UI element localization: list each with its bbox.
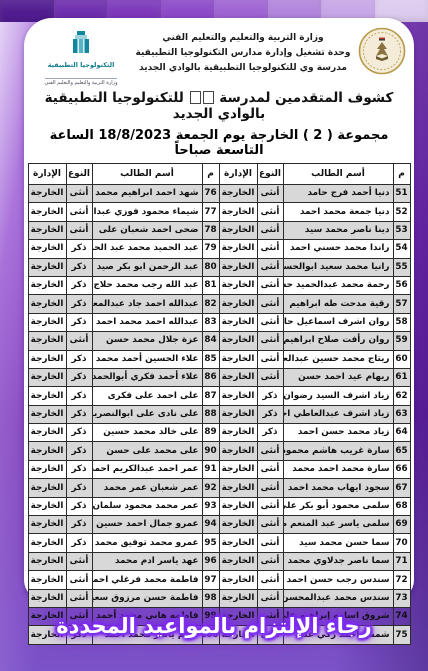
gender-cell: ذكر — [66, 424, 92, 442]
student-no-cell: 59 — [393, 332, 410, 350]
student-no-cell: 78 — [202, 221, 219, 239]
school-name-placeholder-box — [203, 91, 214, 104]
student-no-cell: 72 — [393, 571, 410, 589]
student-name-cell: عمرو جمال احمد حسين — [92, 516, 202, 534]
gender-cell: أنثى — [66, 203, 92, 221]
student-no-cell: 79 — [202, 240, 219, 258]
gender-cell: أنثى — [257, 552, 283, 570]
student-name-cell: عمرو محمد توفيق محمد — [92, 534, 202, 552]
col-header-admin: الإدارة — [28, 164, 66, 185]
student-no-cell: 73 — [393, 589, 410, 607]
admin-cell: الخارجة — [28, 295, 66, 313]
gender-cell: أنثى — [66, 221, 92, 239]
admin-cell: الخارجة — [28, 387, 66, 405]
admin-cell: الخارجة — [219, 405, 257, 423]
student-name-cell: سندس محمد عبدالمحسن عبد — [283, 589, 393, 607]
student-name-cell: فاطمة حسن مرزوق سعيد — [92, 589, 202, 607]
col-header-name: أسم الطالب — [283, 164, 393, 185]
admin-cell: الخارجة — [28, 185, 66, 203]
admin-cell: الخارجة — [28, 571, 66, 589]
student-name-cell: سلمى محمود أبو بكر على — [283, 497, 393, 515]
student-name-cell: سندس رجب حسن احمد — [283, 571, 393, 589]
student-name-cell: عمر محمد محمود سلمان — [92, 497, 202, 515]
students-table: م أسم الطالب النوع الإدارة م أسم الطالب … — [28, 163, 411, 645]
admin-cell: الخارجة — [219, 479, 257, 497]
table-row: 63زياد اشرف عبدالعاطي احمدذكرالخارجة88عل… — [28, 405, 410, 423]
student-no-cell: 52 — [393, 203, 410, 221]
col-header-gender: النوع — [257, 164, 283, 185]
student-no-cell: 70 — [393, 534, 410, 552]
admin-cell: الخارجة — [219, 460, 257, 478]
admin-cell: الخارجة — [28, 368, 66, 386]
admin-cell: الخارجة — [28, 221, 66, 239]
student-name-cell: عمر احمد عبدالكريم احمد — [92, 460, 202, 478]
ministry-line: وزارة التربية والتعليم والتعليم الفني — [128, 33, 358, 43]
table-row: 57رقية مدحت طه ابراهيمأنثىالخارجة82عبدال… — [28, 295, 410, 313]
student-no-cell: 69 — [393, 516, 410, 534]
table-row: 60ريتاج محمد حسين عبدالعزيزأنثىالخارجة85… — [28, 350, 410, 368]
student-name-cell: علاء أحمد فكري أبوالحمد — [92, 368, 202, 386]
admin-cell: الخارجة — [219, 534, 257, 552]
gender-cell: ذكر — [66, 497, 92, 515]
student-name-cell: عبد الحميد محمد عبد الحميد غنيم — [92, 240, 202, 258]
student-no-cell: 67 — [393, 479, 410, 497]
student-no-cell: 60 — [393, 350, 410, 368]
student-name-cell: على احمد على فكرى — [92, 387, 202, 405]
admin-cell: الخارجة — [219, 185, 257, 203]
student-no-cell: 85 — [202, 350, 219, 368]
gender-cell: أنثى — [257, 240, 283, 258]
header-row: م أسم الطالب النوع الإدارة م أسم الطالب … — [28, 164, 410, 185]
gender-cell: أنثى — [66, 589, 92, 607]
admin-cell: الخارجة — [219, 313, 257, 331]
gender-cell: أنثى — [257, 534, 283, 552]
gender-cell: ذكر — [66, 479, 92, 497]
col-header-name: أسم الطالب — [92, 164, 202, 185]
gender-cell: أنثى — [257, 203, 283, 221]
admin-cell: الخارجة — [219, 203, 257, 221]
student-name-cell: عبدالله احمد جاد عبدالمعز — [92, 295, 202, 313]
student-no-cell: 97 — [202, 571, 219, 589]
admin-cell: الخارجة — [219, 424, 257, 442]
student-name-cell: فاطمة محمد فرغلي احمد — [92, 571, 202, 589]
table-row: 55رانيا محمد سعيد ابوالحسنأنثىالخارجة80ع… — [28, 258, 410, 276]
table-row: 51دنيا أحمد فرج حامدأنثىالخارجة76شهد احم… — [28, 185, 410, 203]
group-date-subtitle: مجموعة ( 2 ) الخارجة يوم الجمعة 18/8/202… — [24, 128, 414, 158]
admin-cell: الخارجة — [28, 424, 66, 442]
gender-cell: أنثى — [257, 258, 283, 276]
table-row: 61ريهام عيد احمد حسنأنثىالخارجة86علاء أح… — [28, 368, 410, 386]
title-part1: كشوف المتقدمين لمدرسة — [219, 90, 393, 106]
gender-cell: أنثى — [257, 516, 283, 534]
student-name-cell: عمر شعبان عمر محمد — [92, 479, 202, 497]
student-no-cell: 92 — [202, 479, 219, 497]
student-no-cell: 71 — [393, 552, 410, 570]
table-row: 73سندس محمد عبدالمحسن عبدأنثىالخارجة98فا… — [28, 589, 410, 607]
student-no-cell: 55 — [393, 258, 410, 276]
student-name-cell: رقية مدحت طه ابراهيم — [283, 295, 393, 313]
gender-cell: ذكر — [66, 240, 92, 258]
table-row: 53دينا ناصر محمد سيدأنثىالخارجة78ضحى احم… — [28, 221, 410, 239]
student-name-cell: روان اشرف اسماعيل حامد — [283, 313, 393, 331]
gender-cell: ذكر — [66, 516, 92, 534]
gender-cell: ذكر — [257, 424, 283, 442]
student-no-cell: 93 — [202, 497, 219, 515]
gender-cell: أنثى — [257, 442, 283, 460]
student-name-cell: علاء الحسين أحمد محمد — [92, 350, 202, 368]
admin-cell: الخارجة — [219, 387, 257, 405]
student-name-cell: ريهام عيد احمد حسن — [283, 368, 393, 386]
students-table-body: 51دنيا أحمد فرج حامدأنثىالخارجة76شهد احم… — [28, 185, 410, 645]
student-no-cell: 86 — [202, 368, 219, 386]
student-no-cell: 56 — [393, 276, 410, 294]
gender-cell: ذكر — [66, 405, 92, 423]
student-no-cell: 89 — [202, 424, 219, 442]
table-row: 72سندس رجب حسن احمدأنثىالخارجة97فاطمة مح… — [28, 571, 410, 589]
student-no-cell: 53 — [393, 221, 410, 239]
student-no-cell: 81 — [202, 276, 219, 294]
student-no-cell: 51 — [393, 185, 410, 203]
student-name-cell: سارة محمد احمد محمد — [283, 460, 393, 478]
student-no-cell: 54 — [393, 240, 410, 258]
student-name-cell: سما ناصر جدلاوي محمد — [283, 552, 393, 570]
ats-building-icon — [64, 29, 98, 55]
student-name-cell: عبدالله احمد محمد احمد — [92, 313, 202, 331]
table-row: 65سارة غريب هاشم محمودأنثىالخارجة90على م… — [28, 442, 410, 460]
admin-cell: الخارجة — [219, 276, 257, 294]
admin-cell: الخارجة — [219, 332, 257, 350]
col-header-gender: النوع — [66, 164, 92, 185]
gender-cell: أنثى — [257, 497, 283, 515]
table-row: 68سلمى محمود أبو بكر علىأنثىالخارجة93عمر… — [28, 497, 410, 515]
student-no-cell: 61 — [393, 368, 410, 386]
student-name-cell: زياد اشرف السيد رضوان — [283, 387, 393, 405]
admin-cell: الخارجة — [28, 276, 66, 294]
student-name-cell: عبد الرحمن ابو بكر صيد ابوبكر — [92, 258, 202, 276]
student-name-cell: على خالد محمد حسين — [92, 424, 202, 442]
table-row: 59روان رأفت صلاح ابراهيمأنثىالخارجة84عزة… — [28, 332, 410, 350]
ats-logo-subcaption: وزارة التربية والتعليم والتعليم الفني — [45, 78, 118, 86]
table-row: 52دنيا جمعة محمد احمدأنثىالخارجة77شيماء … — [28, 203, 410, 221]
gender-cell: ذكر — [257, 405, 283, 423]
table-row: 58روان اشرف اسماعيل حامدأنثىالخارجة83عبد… — [28, 313, 410, 331]
admin-cell: الخارجة — [28, 332, 66, 350]
gender-cell: أنثى — [257, 479, 283, 497]
unit-line: وحدة تشغيل وإدارة مدارس التكنولوجيا التط… — [128, 48, 358, 58]
admin-cell: الخارجة — [219, 295, 257, 313]
admin-cell: الخارجة — [28, 497, 66, 515]
student-name-cell: عبد الله رجب محمد حلاج — [92, 276, 202, 294]
page-title: كشوف المتقدمين لمدرسة للتكنولوجيا التطبي… — [24, 90, 414, 122]
student-name-cell: دنيا جمعة محمد احمد — [283, 203, 393, 221]
admin-cell: الخارجة — [219, 516, 257, 534]
col-header-no: م — [202, 164, 219, 185]
admin-cell: الخارجة — [28, 552, 66, 570]
admin-cell: الخارجة — [219, 497, 257, 515]
table-row: 62زياد اشرف السيد رضوانذكرالخارجة87على ا… — [28, 387, 410, 405]
school-name-placeholder-box — [190, 91, 201, 104]
student-no-cell: 88 — [202, 405, 219, 423]
student-no-cell: 94 — [202, 516, 219, 534]
table-row: 66سارة محمد احمد محمدأنثىالخارجة91عمر اح… — [28, 460, 410, 478]
gender-cell: أنثى — [257, 185, 283, 203]
gender-cell: أنثى — [66, 571, 92, 589]
student-name-cell: عزة جلال محمد حسن — [92, 332, 202, 350]
gender-cell: ذكر — [66, 276, 92, 294]
student-name-cell: سلمى ياسر عبد المنعم محمد — [283, 516, 393, 534]
gender-cell: ذكر — [66, 295, 92, 313]
admin-cell: الخارجة — [219, 240, 257, 258]
gender-cell: ذكر — [66, 534, 92, 552]
student-no-cell: 90 — [202, 442, 219, 460]
admin-cell: الخارجة — [28, 479, 66, 497]
gender-cell: أنثى — [257, 571, 283, 589]
student-name-cell: ريتاج محمد حسين عبدالعزيز — [283, 350, 393, 368]
admin-cell: الخارجة — [219, 571, 257, 589]
admin-cell: الخارجة — [219, 258, 257, 276]
admin-cell: الخارجة — [28, 350, 66, 368]
student-no-cell: 64 — [393, 424, 410, 442]
student-name-cell: سارة غريب هاشم محمود — [283, 442, 393, 460]
admin-cell: الخارجة — [219, 442, 257, 460]
student-no-cell: 82 — [202, 295, 219, 313]
student-name-cell: سما حسن محمد سيد — [283, 534, 393, 552]
admin-cell: الخارجة — [219, 221, 257, 239]
admin-cell: الخارجة — [219, 368, 257, 386]
gender-cell: أنثى — [257, 221, 283, 239]
student-no-cell: 98 — [202, 589, 219, 607]
gender-cell: ذكر — [66, 387, 92, 405]
student-name-cell: روان رأفت صلاح ابراهيم — [283, 332, 393, 350]
gender-cell: ذكر — [66, 350, 92, 368]
student-name-cell: دنيا أحمد فرج حامد — [283, 185, 393, 203]
admin-cell: الخارجة — [28, 589, 66, 607]
table-row: 70سما حسن محمد سيدأنثىالخارجة95عمرو محمد… — [28, 534, 410, 552]
gender-cell: ذكر — [257, 387, 283, 405]
document-header: وزارة التربية والتعليم والتعليم الفني وح… — [24, 18, 414, 88]
student-no-cell: 57 — [393, 295, 410, 313]
student-no-cell: 68 — [393, 497, 410, 515]
student-no-cell: 63 — [393, 405, 410, 423]
student-no-cell: 65 — [393, 442, 410, 460]
student-no-cell: 84 — [202, 332, 219, 350]
ats-logo-caption: التكنولوجيا التطبيقية — [34, 61, 128, 69]
gender-cell: ذكر — [66, 258, 92, 276]
table-row: 69سلمى ياسر عبد المنعم محمدأنثىالخارجة94… — [28, 516, 410, 534]
table-row: 64زياد محمد حسن احمدذكرالخارجة89على خالد… — [28, 424, 410, 442]
table-row: 54راندا محمد حسني احمدأنثىالخارجة79عبد ا… — [28, 240, 410, 258]
students-table-header: م أسم الطالب النوع الإدارة م أسم الطالب … — [28, 164, 410, 185]
header-text-block: وزارة التربية والتعليم والتعليم الفني وح… — [128, 27, 358, 78]
student-no-cell: 95 — [202, 534, 219, 552]
page: وزارة التربية والتعليم والتعليم الفني وح… — [0, 0, 428, 671]
admin-cell: الخارجة — [28, 516, 66, 534]
document-card: وزارة التربية والتعليم والتعليم الفني وح… — [24, 18, 414, 600]
gender-cell: أنثى — [257, 460, 283, 478]
table-row: 56رحمة محمد عبدالحميد حسبأنثىالخارجة81عب… — [28, 276, 410, 294]
student-name-cell: زياد محمد حسن احمد — [283, 424, 393, 442]
student-name-cell: شهد احمد ابراهيم محمد — [92, 185, 202, 203]
student-name-cell: شيماء محمود فوزي عبدالكريم — [92, 203, 202, 221]
gender-cell: أنثى — [257, 368, 283, 386]
col-header-admin: الإدارة — [219, 164, 257, 185]
student-name-cell: على نادى على ابوالنصريهي — [92, 405, 202, 423]
student-name-cell: ضحى احمد شعبان على — [92, 221, 202, 239]
admin-cell: الخارجة — [219, 589, 257, 607]
admin-cell: الخارجة — [219, 552, 257, 570]
gender-cell: أنثى — [257, 589, 283, 607]
student-name-cell: راندا محمد حسني احمد — [283, 240, 393, 258]
applied-technology-logo: التكنولوجيا التطبيقية وزارة التربية والت… — [34, 27, 128, 88]
admin-cell: الخارجة — [28, 442, 66, 460]
footer-notice: رجاء الإلتزام بالمواعيد المحددة — [56, 614, 371, 638]
admin-cell: الخارجة — [28, 534, 66, 552]
table-row: 67سجود ايهاب محمد احمدأنثىالخارجة92عمر ش… — [28, 479, 410, 497]
gender-cell: أنثى — [257, 276, 283, 294]
gender-cell: أنثى — [257, 295, 283, 313]
student-no-cell: 80 — [202, 258, 219, 276]
gender-cell: أنثى — [257, 313, 283, 331]
student-no-cell: 62 — [393, 387, 410, 405]
gender-cell: ذكر — [66, 368, 92, 386]
student-name-cell: دينا ناصر محمد سيد — [283, 221, 393, 239]
student-no-cell: 77 — [202, 203, 219, 221]
admin-cell: الخارجة — [28, 405, 66, 423]
student-no-cell: 91 — [202, 460, 219, 478]
col-header-no: م — [393, 164, 410, 185]
student-no-cell: 58 — [393, 313, 410, 331]
admin-cell: الخارجة — [28, 203, 66, 221]
egypt-eagle-seal-icon — [358, 27, 406, 75]
student-no-cell: 76 — [202, 185, 219, 203]
gender-cell: أنثى — [257, 332, 283, 350]
admin-cell: الخارجة — [28, 460, 66, 478]
student-no-cell: 83 — [202, 313, 219, 331]
gender-cell: أنثى — [66, 185, 92, 203]
student-name-cell: رحمة محمد عبدالحميد حسب — [283, 276, 393, 294]
admin-cell: الخارجة — [219, 350, 257, 368]
gender-cell: ذكر — [66, 460, 92, 478]
table-row: 71سما ناصر جدلاوي محمدأنثىالخارجة96عهد ي… — [28, 552, 410, 570]
gender-cell: أنثى — [66, 332, 92, 350]
student-name-cell: على محمد على حسن — [92, 442, 202, 460]
student-name-cell: زياد اشرف عبدالعاطي احمد — [283, 405, 393, 423]
student-name-cell: سجود ايهاب محمد احمد — [283, 479, 393, 497]
gender-cell: ذكر — [66, 313, 92, 331]
student-name-cell: عهد ياسر ادم محمد — [92, 552, 202, 570]
gender-cell: ذكر — [66, 442, 92, 460]
gender-cell: أنثى — [257, 350, 283, 368]
admin-cell: الخارجة — [28, 258, 66, 276]
student-no-cell: 96 — [202, 552, 219, 570]
student-name-cell: رانيا محمد سعيد ابوالحسن — [283, 258, 393, 276]
school-line: مدرسة وي للتكنولوجيا التطبيقية بالوادي ا… — [128, 63, 358, 73]
gender-cell: أنثى — [66, 552, 92, 570]
student-no-cell: 87 — [202, 387, 219, 405]
admin-cell: الخارجة — [28, 313, 66, 331]
admin-cell: الخارجة — [28, 240, 66, 258]
footer-banner: رجاء الإلتزام بالمواعيد المحددة — [0, 614, 428, 638]
student-no-cell: 66 — [393, 460, 410, 478]
